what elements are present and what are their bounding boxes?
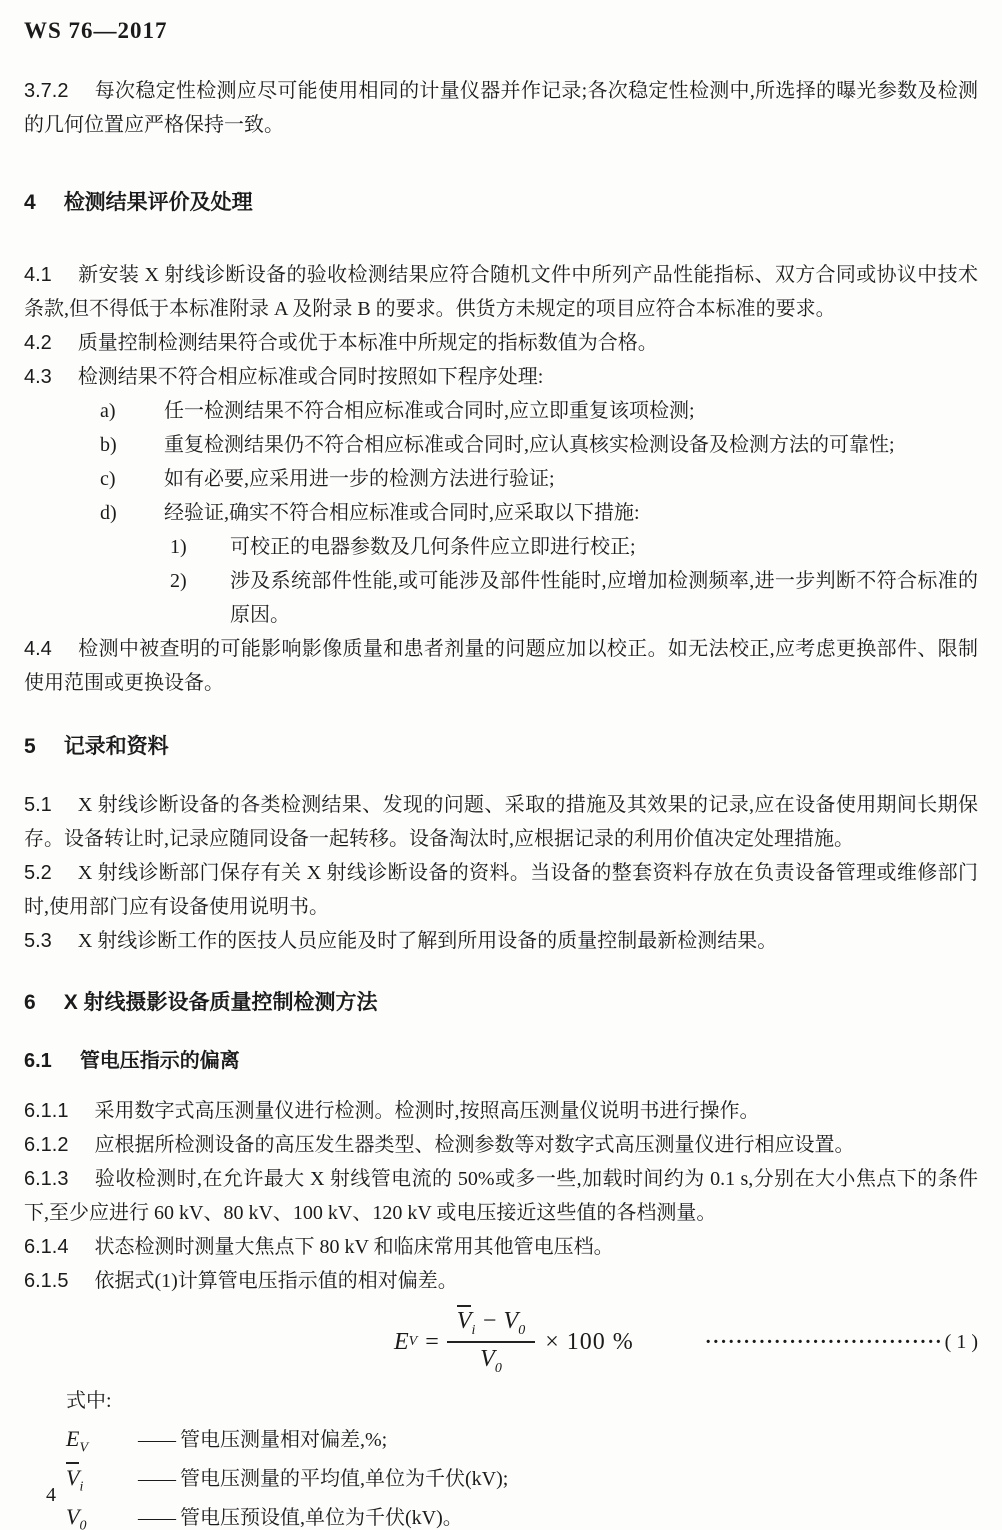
section-number: 4 bbox=[24, 191, 36, 214]
definition-dash: —— bbox=[138, 1462, 174, 1496]
clause-text: 采用数字式高压测量仪进行检测。检测时,按照高压测量仪说明书进行操作。 bbox=[94, 1100, 759, 1122]
doc-code: WS 76—2017 bbox=[24, 14, 978, 48]
fraction: Vi − V0 V0 bbox=[447, 1308, 535, 1376]
clause-label: 4.1 bbox=[24, 264, 52, 286]
section-4-heading: 4检测结果评价及处理 bbox=[24, 186, 978, 220]
clause-6-1-2: 6.1.2应根据所检测设备的高压发生器类型、检测参数等对数字式高压测量仪进行相应… bbox=[24, 1128, 978, 1162]
list-item-text: 如有必要,应采用进一步的检测方法进行验证; bbox=[164, 462, 555, 496]
definition-row-ev: EV —— 管电压测量相对偏差,%; bbox=[24, 1422, 978, 1457]
clause-label: 4.4 bbox=[24, 638, 52, 660]
section-title: X 射线摄影设备质量控制检测方法 bbox=[64, 991, 378, 1014]
math-symbol: V bbox=[66, 1504, 79, 1529]
list-item-label: a) bbox=[100, 394, 164, 428]
math-subscript: 0 bbox=[495, 1361, 502, 1376]
list-item-text: 经验证,确实不符合相应标准或合同时,应采取以下措施: bbox=[164, 496, 640, 530]
list-item-text: 可校正的电器参数及几何条件应立即进行校正; bbox=[230, 530, 636, 564]
list-item-b: b)重复检测结果仍不符合相应标准或合同时,应认真核实检测设备及检测方法的可靠性; bbox=[24, 428, 978, 462]
clause-text: 检测结果不符合相应标准或合同时按照如下程序处理: bbox=[78, 366, 544, 388]
clause-5-2: 5.2X 射线诊断部门保存有关 X 射线诊断设备的资料。当设备的整套资料存放在负… bbox=[24, 856, 978, 924]
clause-text: 每次稳定性检测应尽可能使用相同的计量仪器并作记录;各次稳定性检测中,所选择的曝光… bbox=[24, 80, 978, 136]
list-item-text: 涉及系统部件性能,或可能涉及部件性能时,应增加检测频率,进一步判断不符合标准的原… bbox=[230, 564, 978, 632]
clause-text: 验收检测时,在允许最大 X 射线管电流的 50%或多一些,加载时间约为 0.1 … bbox=[24, 1168, 978, 1224]
math-subscript: V bbox=[409, 1335, 418, 1349]
clause-text: 检测中被查明的可能影响影像质量和患者剂量的问题应加以校正。如无法校正,应考虑更换… bbox=[24, 638, 978, 694]
list-item-a: a)任一检测结果不符合相应标准或合同时,应立即重复该项检测; bbox=[24, 394, 978, 428]
clause-text: 状态检测时测量大焦点下 80 kV 和临床常用其他管电压档。 bbox=[94, 1236, 613, 1258]
definition-symbol: V0 bbox=[66, 1500, 138, 1530]
clause-6-1-1: 6.1.1采用数字式高压测量仪进行检测。检测时,按照高压测量仪说明书进行操作。 bbox=[24, 1094, 978, 1128]
list-item-text: 重复检测结果仍不符合相应标准或合同时,应认真核实检测设备及检测方法的可靠性; bbox=[164, 428, 895, 462]
multiplier-text: × 100 % bbox=[545, 1329, 634, 1355]
clause-text: 依据式(1)计算管电压指示值的相对偏差。 bbox=[94, 1270, 457, 1292]
clause-4-1: 4.1新安装 X 射线诊断设备的验收检测结果应符合随机文件中所列产品性能指标、双… bbox=[24, 258, 978, 326]
clause-label: 5.1 bbox=[24, 794, 52, 816]
clause-text: 应根据所检测设备的高压发生器类型、检测参数等对数字式高压测量仪进行相应设置。 bbox=[94, 1134, 854, 1156]
equation-reference: ······························· ( 1 ) bbox=[705, 1325, 978, 1359]
fraction-denominator: V0 bbox=[480, 1343, 502, 1376]
equation-1: EV = Vi − V0 V0 × 100 % ················… bbox=[24, 1306, 978, 1378]
definition-row-v0: V0 —— 管电压预设值,单位为千伏(kV)。 bbox=[24, 1500, 978, 1530]
list-item-label: d) bbox=[100, 496, 164, 530]
leader-dots: ······························· bbox=[705, 1325, 943, 1359]
definition-text: 管电压预设值,单位为千伏(kV)。 bbox=[180, 1501, 463, 1530]
clause-5-1: 5.1X 射线诊断设备的各类检测结果、发现的问题、采取的措施及其效果的记录,应在… bbox=[24, 788, 978, 856]
list-item-d: d)经验证,确实不符合相应标准或合同时,应采取以下措施: bbox=[24, 496, 978, 530]
equals-sign: = bbox=[425, 1329, 439, 1355]
math-subscript: i bbox=[471, 1323, 475, 1338]
clause-5-3: 5.3X 射线诊断工作的医技人员应能及时了解到所用设备的质量控制最新检测结果。 bbox=[24, 924, 978, 958]
definition-dash: —— bbox=[138, 1501, 174, 1530]
definition-text: 管电压测量的平均值,单位为千伏(kV); bbox=[180, 1462, 508, 1496]
clause-4-2: 4.2质量控制检测结果符合或优于本标准中所规定的指标数值为合格。 bbox=[24, 326, 978, 360]
section-number: 6 bbox=[24, 991, 36, 1014]
list-item-label: 1) bbox=[170, 530, 230, 564]
equation-number: ( 1 ) bbox=[945, 1325, 978, 1359]
clause-label: 6.1.5 bbox=[24, 1270, 68, 1292]
section-6-1-heading: 6.1管电压指示的偏离 bbox=[24, 1044, 978, 1078]
list-item-c: c)如有必要,应采用进一步的检测方法进行验证; bbox=[24, 462, 978, 496]
definition-symbol: Vi bbox=[66, 1461, 138, 1495]
list-item-label: c) bbox=[100, 462, 164, 496]
math-symbol: E bbox=[394, 1329, 409, 1355]
clause-3-7-2: 3.7.2每次稳定性检测应尽可能使用相同的计量仪器并作记录;各次稳定性检测中,所… bbox=[24, 74, 978, 142]
section-number: 5 bbox=[24, 735, 36, 758]
mean-overline-symbol: V bbox=[66, 1462, 79, 1490]
clause-label: 5.3 bbox=[24, 930, 52, 952]
section-title: 检测结果评价及处理 bbox=[64, 191, 253, 214]
math-subscript: 0 bbox=[79, 1518, 86, 1530]
clause-label: 6.1.2 bbox=[24, 1134, 68, 1156]
section-title: 记录和资料 bbox=[64, 735, 169, 758]
section-5-heading: 5记录和资料 bbox=[24, 730, 978, 764]
list-item-label: b) bbox=[100, 428, 164, 462]
clause-4-4: 4.4检测中被查明的可能影响影像质量和患者剂量的问题应加以校正。如无法校正,应考… bbox=[24, 632, 978, 700]
sublist-item-2: 2)涉及系统部件性能,或可能涉及部件性能时,应增加检测频率,进一步判断不符合标准… bbox=[24, 564, 978, 632]
fraction-numerator: Vi − V0 bbox=[447, 1308, 535, 1343]
page-number: 4 bbox=[46, 1478, 56, 1512]
clause-label: 6.1.4 bbox=[24, 1236, 68, 1258]
math-subscript: i bbox=[79, 1479, 83, 1494]
clause-text: 质量控制检测结果符合或优于本标准中所规定的指标数值为合格。 bbox=[78, 332, 658, 354]
clause-6-1-4: 6.1.4状态检测时测量大焦点下 80 kV 和临床常用其他管电压档。 bbox=[24, 1230, 978, 1264]
math-symbol: E bbox=[66, 1426, 79, 1451]
section-number: 6.1 bbox=[24, 1050, 52, 1072]
clause-text: 新安装 X 射线诊断设备的验收检测结果应符合随机文件中所列产品性能指标、双方合同… bbox=[24, 264, 978, 320]
clause-text: X 射线诊断设备的各类检测结果、发现的问题、采取的措施及其效果的记录,应在设备使… bbox=[24, 794, 978, 850]
clause-label: 5.2 bbox=[24, 862, 52, 884]
document-page: WS 76—2017 3.7.2每次稳定性检测应尽可能使用相同的计量仪器并作记录… bbox=[0, 0, 1002, 1530]
definition-symbol: EV bbox=[66, 1422, 138, 1456]
definition-row-vi: Vi —— 管电压测量的平均值,单位为千伏(kV); bbox=[24, 1461, 978, 1496]
math-subscript: 0 bbox=[518, 1323, 525, 1338]
definition-dash: —— bbox=[138, 1423, 174, 1457]
clause-text: X 射线诊断部门保存有关 X 射线诊断设备的资料。当设备的整套资料存放在负责设备… bbox=[24, 862, 978, 918]
clause-4-3: 4.3检测结果不符合相应标准或合同时按照如下程序处理: bbox=[24, 360, 978, 394]
minus-sign: − bbox=[481, 1308, 497, 1334]
section-6-heading: 6X 射线摄影设备质量控制检测方法 bbox=[24, 986, 978, 1020]
clause-text: X 射线诊断工作的医技人员应能及时了解到所用设备的质量控制最新检测结果。 bbox=[78, 930, 777, 952]
math-subscript: V bbox=[79, 1440, 88, 1455]
clause-6-1-5: 6.1.5依据式(1)计算管电压指示值的相对偏差。 bbox=[24, 1264, 978, 1298]
where-label: 式中: bbox=[24, 1384, 978, 1418]
math-symbol: V bbox=[504, 1308, 519, 1334]
clause-label: 6.1.1 bbox=[24, 1100, 68, 1122]
equation-expression: EV = Vi − V0 V0 × 100 % bbox=[394, 1308, 634, 1376]
section-title: 管电压指示的偏离 bbox=[80, 1050, 240, 1072]
sublist-item-1: 1)可校正的电器参数及几何条件应立即进行校正; bbox=[24, 530, 978, 564]
list-item-text: 任一检测结果不符合相应标准或合同时,应立即重复该项检测; bbox=[164, 394, 695, 428]
math-symbol: V bbox=[480, 1346, 495, 1372]
list-item-label: 2) bbox=[170, 564, 230, 632]
clause-label: 4.3 bbox=[24, 366, 52, 388]
clause-label: 4.2 bbox=[24, 332, 52, 354]
clause-6-1-3: 6.1.3验收检测时,在允许最大 X 射线管电流的 50%或多一些,加载时间约为… bbox=[24, 1162, 978, 1230]
definition-text: 管电压测量相对偏差,%; bbox=[180, 1423, 387, 1457]
mean-overline-symbol: V bbox=[457, 1305, 472, 1334]
clause-label: 6.1.3 bbox=[24, 1168, 68, 1190]
clause-label: 3.7.2 bbox=[24, 80, 68, 102]
